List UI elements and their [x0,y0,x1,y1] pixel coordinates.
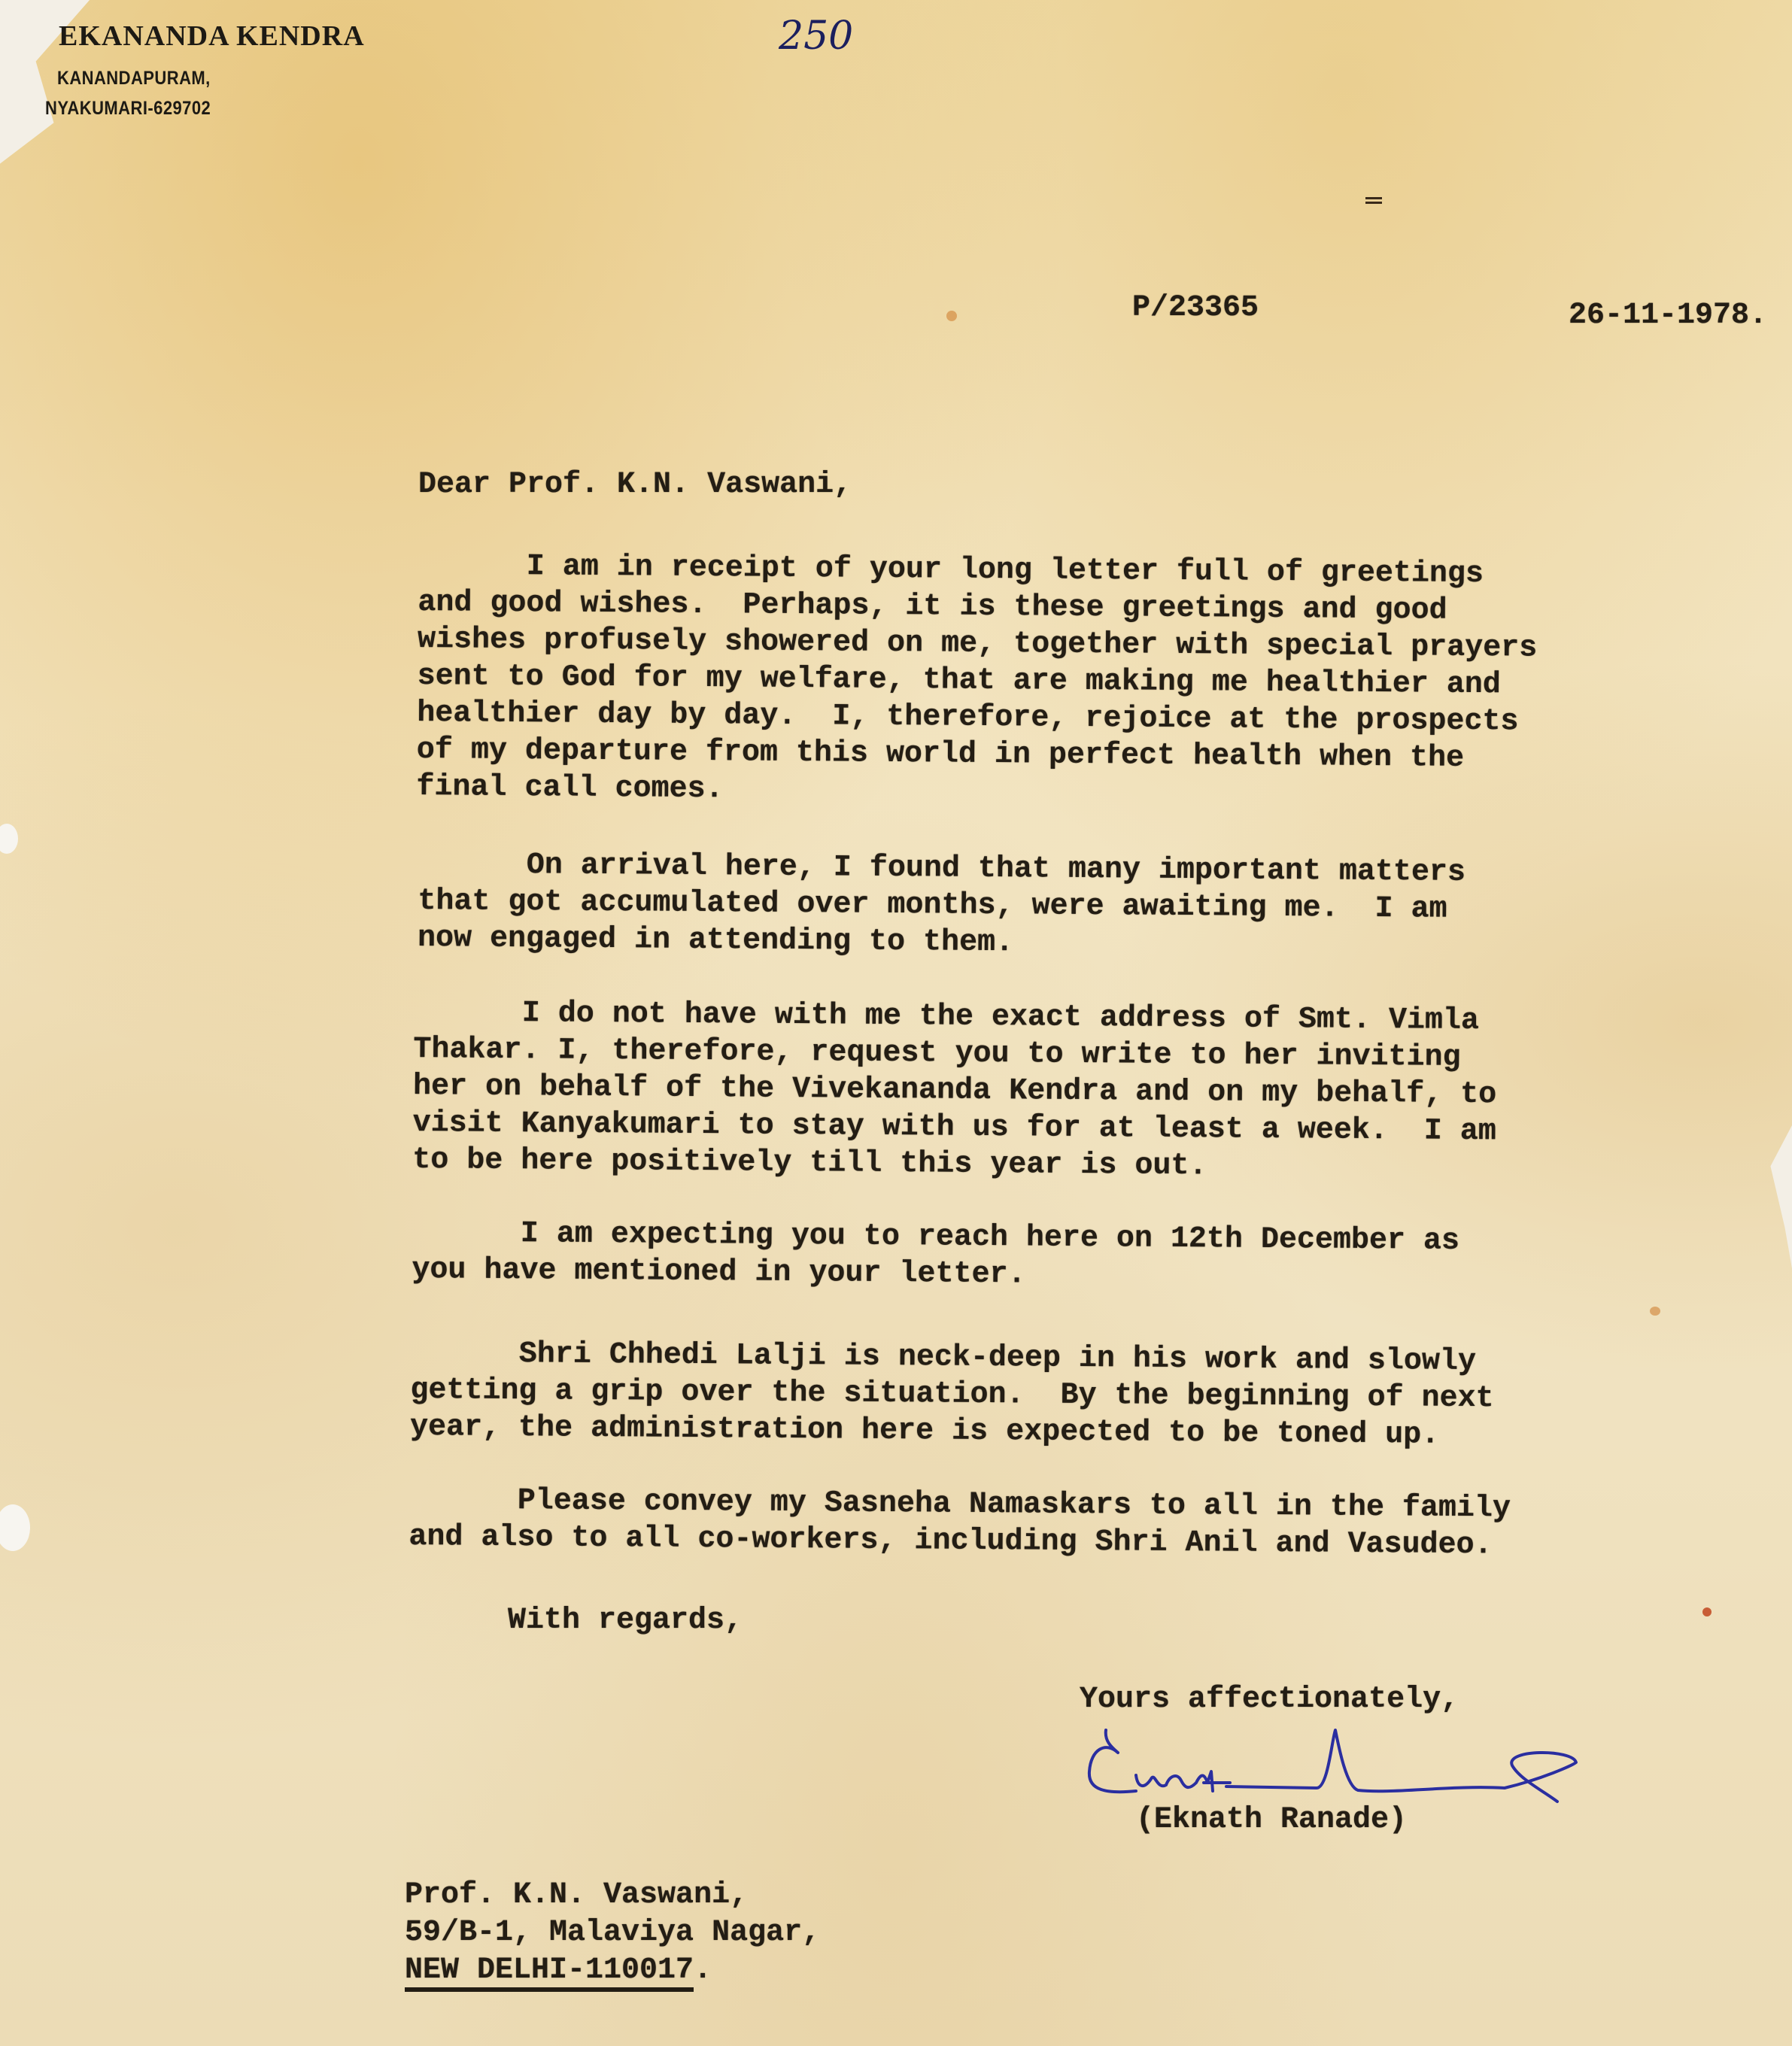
letterhead-address-line1: KANANDAPURAM, [57,68,211,90]
letterhead-address-line2: NYAKUMARI-629702 [45,98,211,120]
rust-stain [1702,1607,1712,1616]
signatory-name: (Eknath Ranade) [1136,1802,1407,1838]
body-paragraph-6: Please convey my Sasneha Namaskars to al… [409,1482,1651,1565]
body-paragraph-3: I do not have with me the exact address … [412,994,1655,1188]
complimentary-close: Yours affectionately, [1080,1681,1459,1718]
salutation: Dear Prof. K.N. Vaswani, [418,466,852,503]
typed-mark [1365,197,1382,199]
body-paragraph-1: I am in receipt of your long letter full… [416,548,1660,815]
body-paragraph-4: I am expecting you to reach here on 12th… [412,1215,1654,1298]
recipient-name: Prof. K.N. Vaswani, [405,1877,748,1914]
body-paragraph-5: Shri Chhedi Lalji is neck-deep in his wo… [410,1335,1652,1456]
rust-stain [946,311,957,321]
recipient-city-line: NEW DELHI-110017. [405,1952,712,1989]
recipient-city-suffix: . [694,1953,712,1987]
recipient-city: NEW DELHI-110017 [405,1953,694,1992]
closing-regards: With regards, [508,1602,743,1639]
body-paragraph-2: On arrival here, I found that many impor… [418,846,1660,967]
letterhead-org-name: EKANANDA KENDRA [59,20,365,53]
reference-number: P/23365 [1132,290,1259,326]
letter-date: 26-11-1978. [1569,297,1767,334]
handwritten-page-number: 250 [779,14,853,59]
signature-image [1076,1719,1602,1809]
recipient-street: 59/B-1, Malaviya Nagar, [405,1914,820,1951]
rust-stain [1650,1307,1660,1316]
